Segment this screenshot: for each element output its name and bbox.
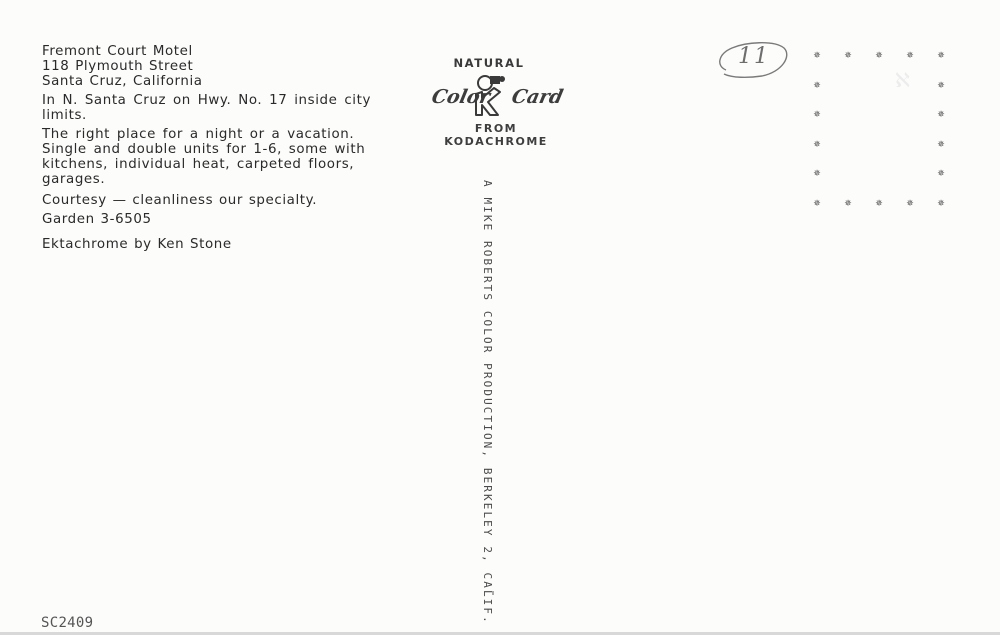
handwritten-number: 11 bbox=[712, 40, 790, 80]
pitch-line-2: Single and double units for 1-6, some wi… bbox=[42, 142, 402, 157]
pitch-line-3: kitchens, individual heat, carpeted floo… bbox=[42, 157, 402, 172]
postcard-back: Fremont Court Motel 118 Plymouth Street … bbox=[0, 0, 1000, 635]
logo-top-text: NATURAL bbox=[412, 56, 566, 70]
logo-script-card: Card bbox=[510, 86, 565, 108]
location-line-1: In N. Santa Cruz on Hwy. No. 17 inside c… bbox=[42, 93, 402, 108]
stamp-border-star-icon: ✵ bbox=[905, 200, 915, 209]
stamp-border-star-icon: ✵ bbox=[843, 200, 853, 209]
stamp-border-star-icon: ✵ bbox=[936, 111, 946, 120]
handwritten-number-text: 11 bbox=[738, 44, 770, 69]
stamp-border-star-icon: ✵ bbox=[812, 141, 822, 150]
stamp-border-star-icon: ✵ bbox=[812, 52, 822, 61]
stamp-border-star-icon: ✵ bbox=[936, 82, 946, 91]
pitch-line-4: garages. bbox=[42, 172, 402, 187]
stamp-border-star-icon: ✵ bbox=[936, 170, 946, 179]
stamp-border-star-icon: ✵ bbox=[812, 111, 822, 120]
stamp-border-star-icon: ✵ bbox=[936, 52, 946, 61]
stamp-border-star-icon: ✵ bbox=[812, 170, 822, 179]
motel-address: 118 Plymouth Street bbox=[42, 59, 402, 74]
pitch-line-1: The right place for a night or a vacatio… bbox=[42, 127, 402, 142]
stamp-place-box: ✵✵✵✵✵✵✵✵✵✵✵✵✵✵✵✵✵✵ bbox=[812, 52, 952, 218]
stamp-border-star-icon: ✵ bbox=[874, 200, 884, 209]
stamp-border-star-icon: ✵ bbox=[936, 141, 946, 150]
stamp-border-star-icon: ✵ bbox=[812, 200, 822, 209]
stamp-border-star-icon: ✵ bbox=[905, 52, 915, 61]
location-line-2: limits. bbox=[42, 108, 402, 123]
kodak-k-photographer-icon bbox=[468, 72, 512, 116]
motel-city: Santa Cruz, California bbox=[42, 74, 402, 89]
center-divider-mark bbox=[492, 591, 494, 595]
logo-bottom-text: FROM KODACHROME bbox=[426, 122, 566, 148]
photo-credit: Ektachrome by Ken Stone bbox=[42, 237, 402, 252]
logo-mark: Color Card bbox=[420, 72, 566, 118]
phone-number: Garden 3-6505 bbox=[42, 212, 402, 227]
motel-name: Fremont Court Motel bbox=[42, 44, 402, 59]
catalog-code: SC2409 bbox=[41, 615, 93, 631]
courtesy-line: Courtesy — cleanliness our specialty. bbox=[42, 193, 402, 208]
vertical-producer-credit: A MIKE ROBERTS COLOR PRODUCTION, BERKELE… bbox=[481, 180, 494, 600]
stamp-border-star-icon: ✵ bbox=[812, 82, 822, 91]
natural-color-card-logo: NATURAL Color Card FROM KODACHROME bbox=[420, 56, 566, 148]
motel-description: Fremont Court Motel 118 Plymouth Street … bbox=[42, 44, 402, 252]
stamp-border-star-icon: ✵ bbox=[936, 200, 946, 209]
stamp-border-star-icon: ✵ bbox=[843, 52, 853, 61]
stamp-border-star-icon: ✵ bbox=[874, 52, 884, 61]
